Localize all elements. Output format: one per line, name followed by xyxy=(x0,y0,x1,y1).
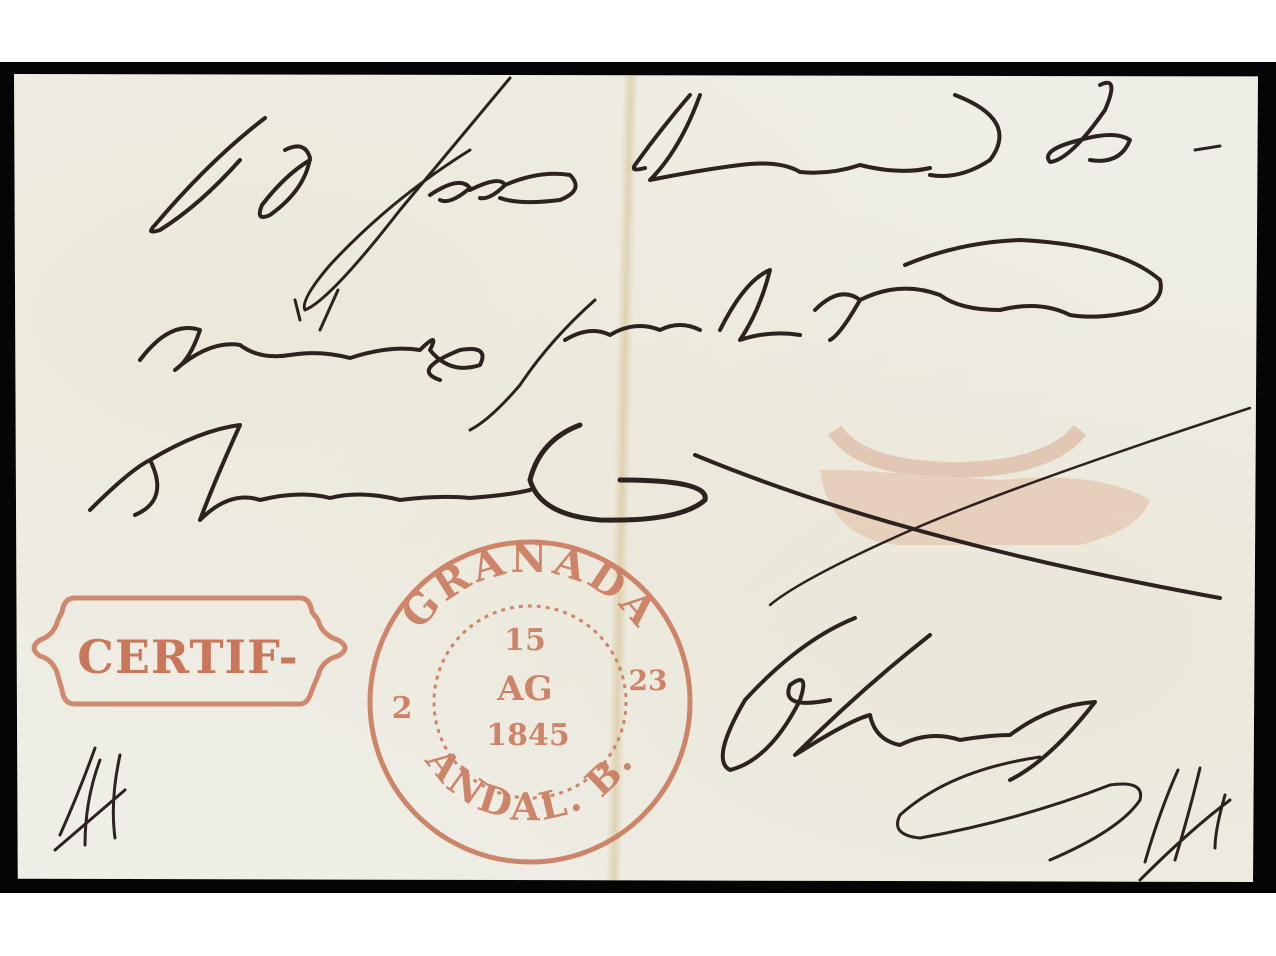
faint-red-cancel xyxy=(820,430,1150,545)
cover-markings: CERTIF- GRANADA ANDAL. B. 2 23 15 AG 184… xyxy=(0,0,1276,956)
right-h-mark xyxy=(1140,768,1230,880)
datestamp-month: AG xyxy=(496,669,552,709)
certif-stamp: CERTIF- xyxy=(34,598,345,704)
datestamp-left-number: 2 xyxy=(392,691,413,726)
left-h-mark xyxy=(55,748,125,850)
granada-datestamp: GRANADA ANDAL. B. 2 23 15 AG 1845 xyxy=(370,535,690,862)
datestamp-right-number: 23 xyxy=(629,664,668,697)
datestamp-year: 1845 xyxy=(486,718,570,753)
datestamp-day: 15 xyxy=(504,623,546,658)
certif-label: CERTIF- xyxy=(77,630,299,684)
